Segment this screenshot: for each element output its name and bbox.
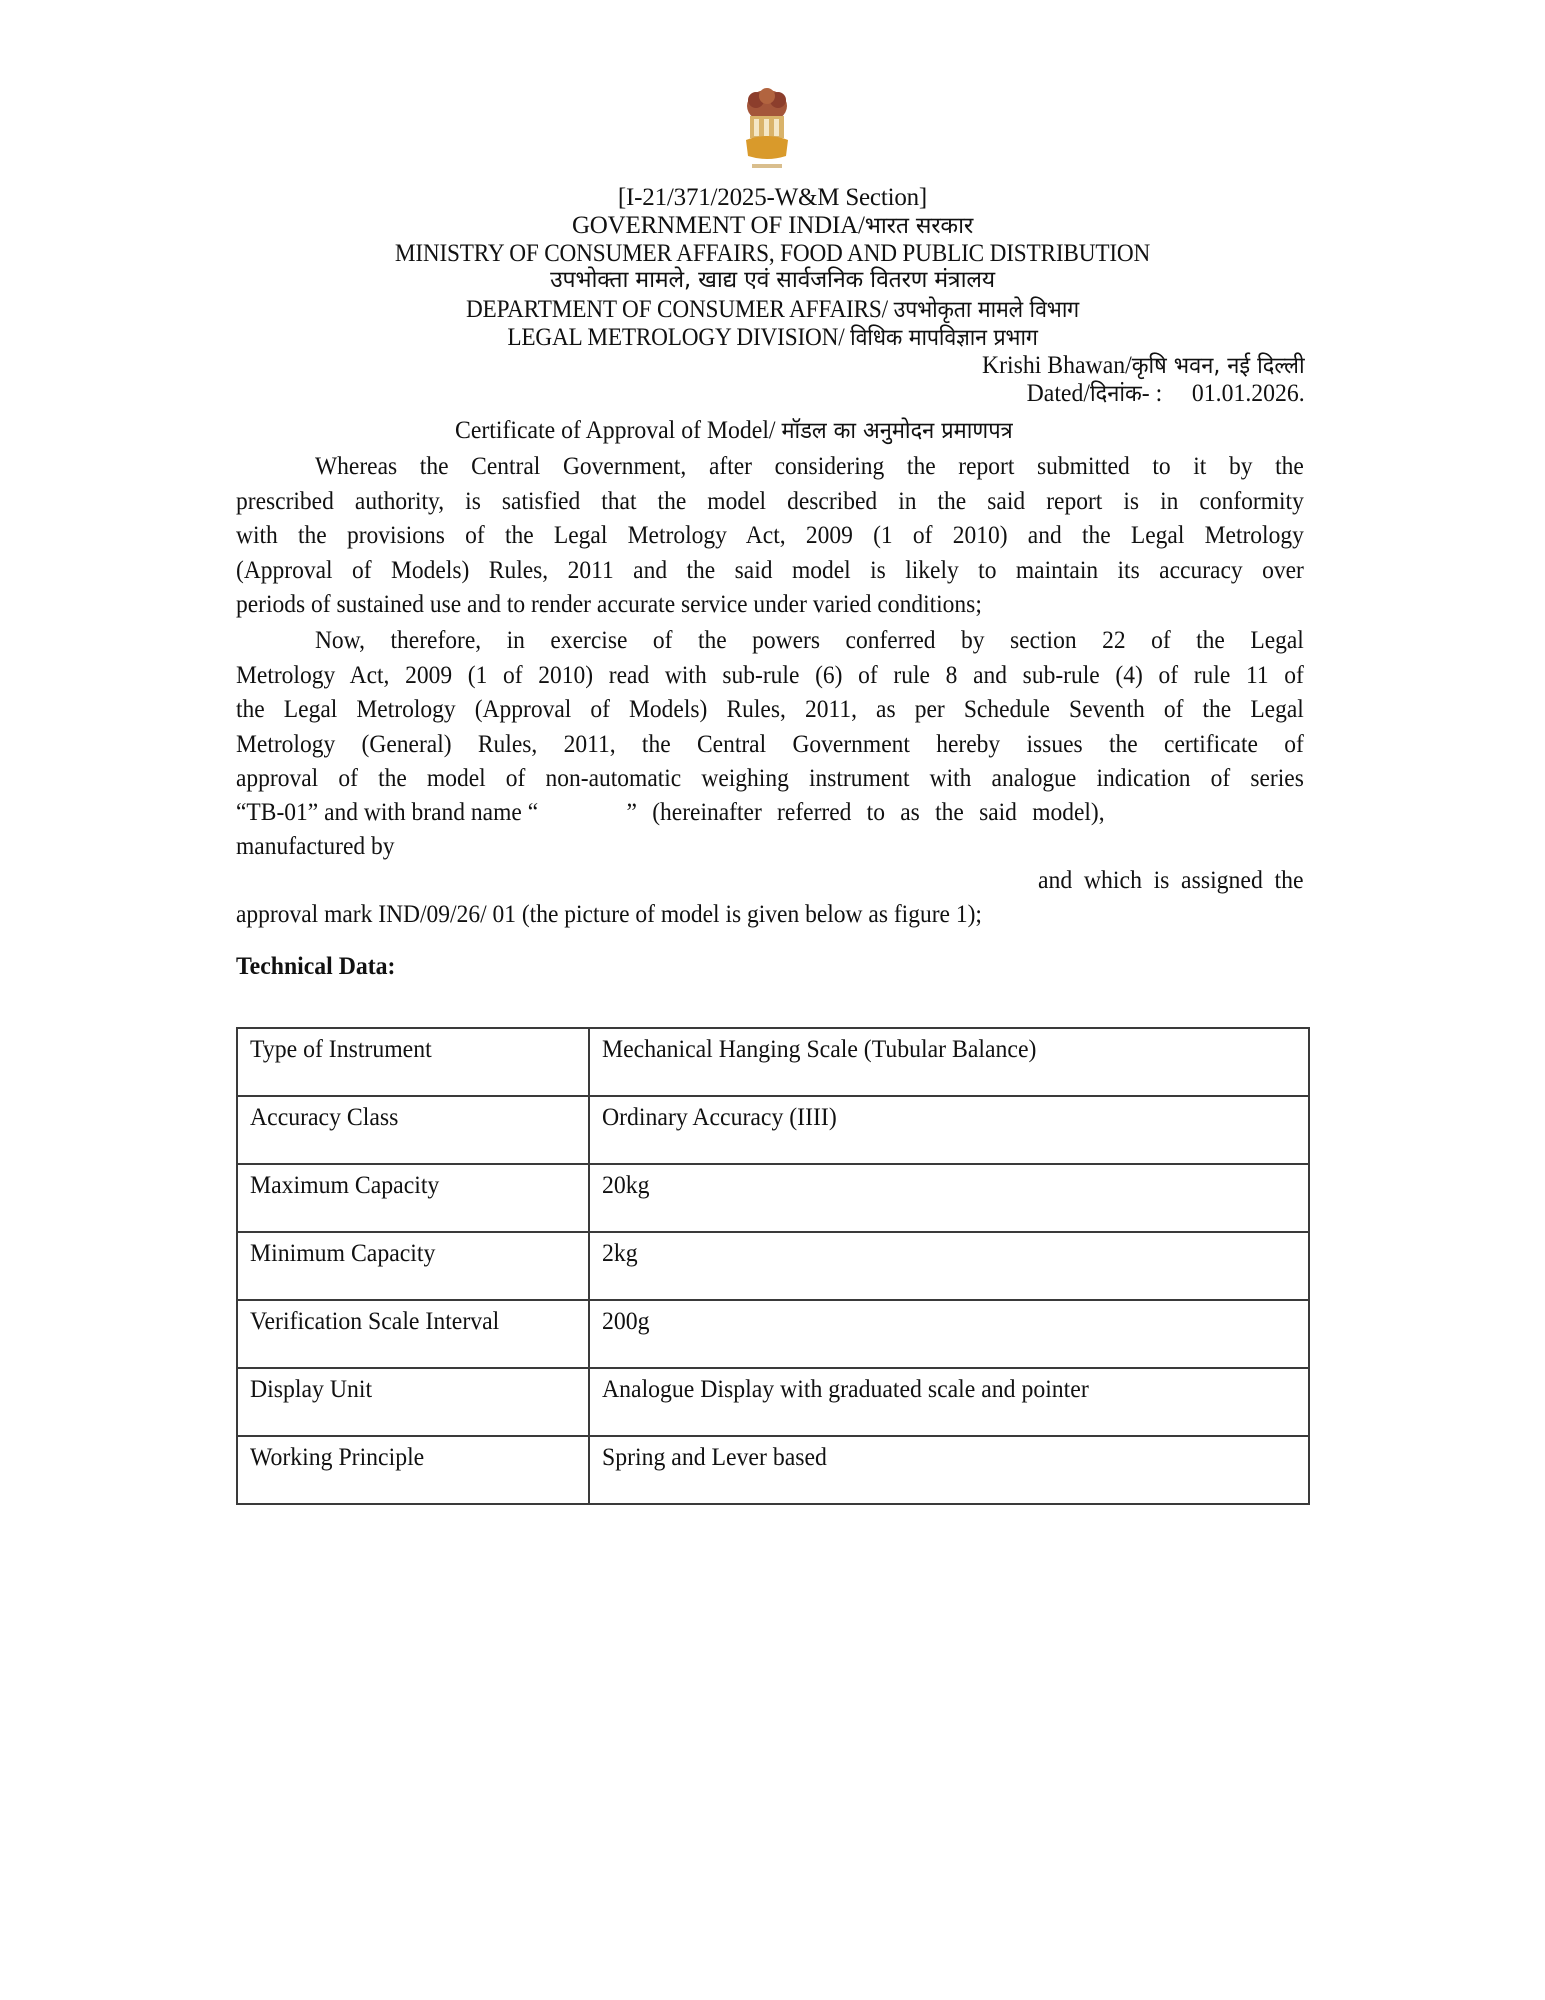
- brand-line-end: ” (hereinafter referred to as the said m…: [626, 799, 1104, 826]
- table-value-cell: Analogue Display with graduated scale an…: [589, 1368, 1309, 1436]
- department-en: DEPARTMENT OF CONSUMER AFFAIRS/: [466, 296, 894, 323]
- para2-line: Metrology Act, 2009 (1 of 2010) read wit…: [236, 659, 1304, 694]
- dated-line: Dated/दिनांक- : 01.01.2026.: [1027, 380, 1305, 408]
- government-hi: भारत सरकार: [865, 213, 973, 239]
- table-key: Accuracy Class: [250, 1103, 398, 1133]
- table-value: Mechanical Hanging Scale (Tubular Balanc…: [602, 1035, 1036, 1065]
- table-key-cell: Verification Scale Interval: [237, 1300, 589, 1368]
- table-row: Working PrincipleSpring and Lever based: [237, 1436, 1309, 1504]
- assigned-text: and which is assigned the: [1038, 864, 1304, 899]
- dated-separator: - :: [1142, 380, 1162, 407]
- place-en: Krishi Bhawan/: [982, 352, 1132, 379]
- redacted-manufacturer: [395, 830, 401, 865]
- department-line: DEPARTMENT OF CONSUMER AFFAIRS/ उपभोकृता…: [54, 296, 1491, 324]
- table-row: Type of InstrumentMechanical Hanging Sca…: [237, 1028, 1309, 1096]
- manufactured-by-label: manufactured by: [236, 833, 395, 860]
- table-value: 2kg: [602, 1239, 638, 1269]
- table-value: Analogue Display with graduated scale an…: [602, 1375, 1089, 1405]
- table-row: Display UnitAnalogue Display with gradua…: [237, 1368, 1309, 1436]
- table-row: Maximum Capacity20kg: [237, 1164, 1309, 1232]
- brand-line-start: “TB-01” and with brand name “: [236, 799, 538, 826]
- table-key: Minimum Capacity: [250, 1239, 435, 1269]
- para1-line: periods of sustained use and to render a…: [236, 588, 1304, 623]
- technical-data-table: Type of InstrumentMechanical Hanging Sca…: [236, 1027, 1310, 1505]
- place-line: Krishi Bhawan/कृषि भवन, नई दिल्ली: [982, 352, 1305, 380]
- ministry-hi: उपभोक्ता मामले, खाद्य एवं सार्वजनिक वितर…: [0, 266, 1545, 294]
- table-key-cell: Maximum Capacity: [237, 1164, 589, 1232]
- technical-data-heading: Technical Data:: [236, 952, 395, 982]
- dated-en: Dated/: [1027, 380, 1090, 407]
- para2-line: the Legal Metrology (Approval of Models)…: [236, 693, 1304, 728]
- approval-mark-text: approval mark IND/09/26/ 01 (the picture…: [236, 901, 982, 928]
- paragraph-now-therefore: Now, therefore, in exercise of the power…: [236, 624, 1304, 797]
- table-value: Spring and Lever based: [602, 1443, 827, 1473]
- table-value: 200g: [602, 1307, 650, 1337]
- government-line: GOVERNMENT OF INDIA/भारत सरकार: [0, 212, 1545, 240]
- government-en: GOVERNMENT OF INDIA/: [572, 212, 865, 239]
- para1-line: (Approval of Models) Rules, 2011 and the…: [236, 554, 1304, 589]
- ministry-en: MINISTRY OF CONSUMER AFFAIRS, FOOD AND P…: [54, 240, 1491, 268]
- table-row: Accuracy ClassOrdinary Accuracy (IIII): [237, 1096, 1309, 1164]
- file-reference: [I-21/371/2025-W&M Section]: [0, 184, 1545, 212]
- table-row: Minimum Capacity2kg: [237, 1232, 1309, 1300]
- assigned-line: and which is assigned the: [236, 864, 1304, 899]
- division-en: LEGAL METROLOGY DIVISION/: [507, 324, 850, 351]
- table-key: Maximum Capacity: [250, 1171, 439, 1201]
- certificate-title-en: Certificate of Approval of Model/: [455, 417, 781, 444]
- paragraph-whereas: Whereas the Central Government, after co…: [236, 450, 1304, 623]
- table-value-cell: Spring and Lever based: [589, 1436, 1309, 1504]
- para2-line: Now, therefore, in exercise of the power…: [236, 624, 1304, 659]
- table-value: 20kg: [602, 1171, 650, 1201]
- table-key: Display Unit: [250, 1375, 372, 1405]
- table-key: Type of Instrument: [250, 1035, 432, 1065]
- table-row: Verification Scale Interval200g: [237, 1300, 1309, 1368]
- table-key-cell: Type of Instrument: [237, 1028, 589, 1096]
- para1-line: with the provisions of the Legal Metrolo…: [236, 519, 1304, 554]
- certificate-title: Certificate of Approval of Model/ मॉडल क…: [455, 416, 1013, 446]
- certificate-date: 01.01.2026.: [1192, 380, 1305, 407]
- table-value: Ordinary Accuracy (IIII): [602, 1103, 837, 1133]
- certificate-title-hi: मॉडल का अनुमोदन प्रमाणपत्र: [781, 418, 1012, 444]
- place-hi: कृषि भवन, नई दिल्ली: [1132, 353, 1305, 379]
- para1-line: Whereas the Central Government, after co…: [236, 450, 1304, 485]
- dated-hi: दिनांक: [1090, 381, 1142, 407]
- table-value-cell: 2kg: [589, 1232, 1309, 1300]
- table-key-cell: Minimum Capacity: [237, 1232, 589, 1300]
- table-value-cell: 20kg: [589, 1164, 1309, 1232]
- division-hi: विधिक मापविज्ञान प्रभाग: [850, 325, 1038, 351]
- table-key: Verification Scale Interval: [250, 1307, 499, 1337]
- para1-line: prescribed authority, is satisfied that …: [236, 485, 1304, 520]
- department-hi: उपभोकृता मामले विभाग: [894, 297, 1079, 323]
- redacted-brand-name: [538, 796, 623, 831]
- para2-line: approval of the model of non-automatic w…: [236, 762, 1304, 797]
- table-value-cell: Ordinary Accuracy (IIII): [589, 1096, 1309, 1164]
- division-line: LEGAL METROLOGY DIVISION/ विधिक मापविज्ञ…: [54, 324, 1491, 352]
- para2-line: Metrology (General) Rules, 2011, the Cen…: [236, 728, 1304, 763]
- table-value-cell: 200g: [589, 1300, 1309, 1368]
- brand-line: “TB-01” and with brand name “ ” (hereina…: [236, 796, 1304, 831]
- table-key: Working Principle: [250, 1443, 424, 1473]
- national-emblem-icon: [738, 86, 796, 174]
- manufacturer-line: manufactured by: [236, 830, 1304, 865]
- approval-mark-line: approval mark IND/09/26/ 01 (the picture…: [236, 898, 1304, 933]
- certificate-page: [I-21/371/2025-W&M Section] GOVERNMENT O…: [0, 0, 1545, 2000]
- table-key-cell: Display Unit: [237, 1368, 589, 1436]
- table-key-cell: Working Principle: [237, 1436, 589, 1504]
- table-value-cell: Mechanical Hanging Scale (Tubular Balanc…: [589, 1028, 1309, 1096]
- table-key-cell: Accuracy Class: [237, 1096, 589, 1164]
